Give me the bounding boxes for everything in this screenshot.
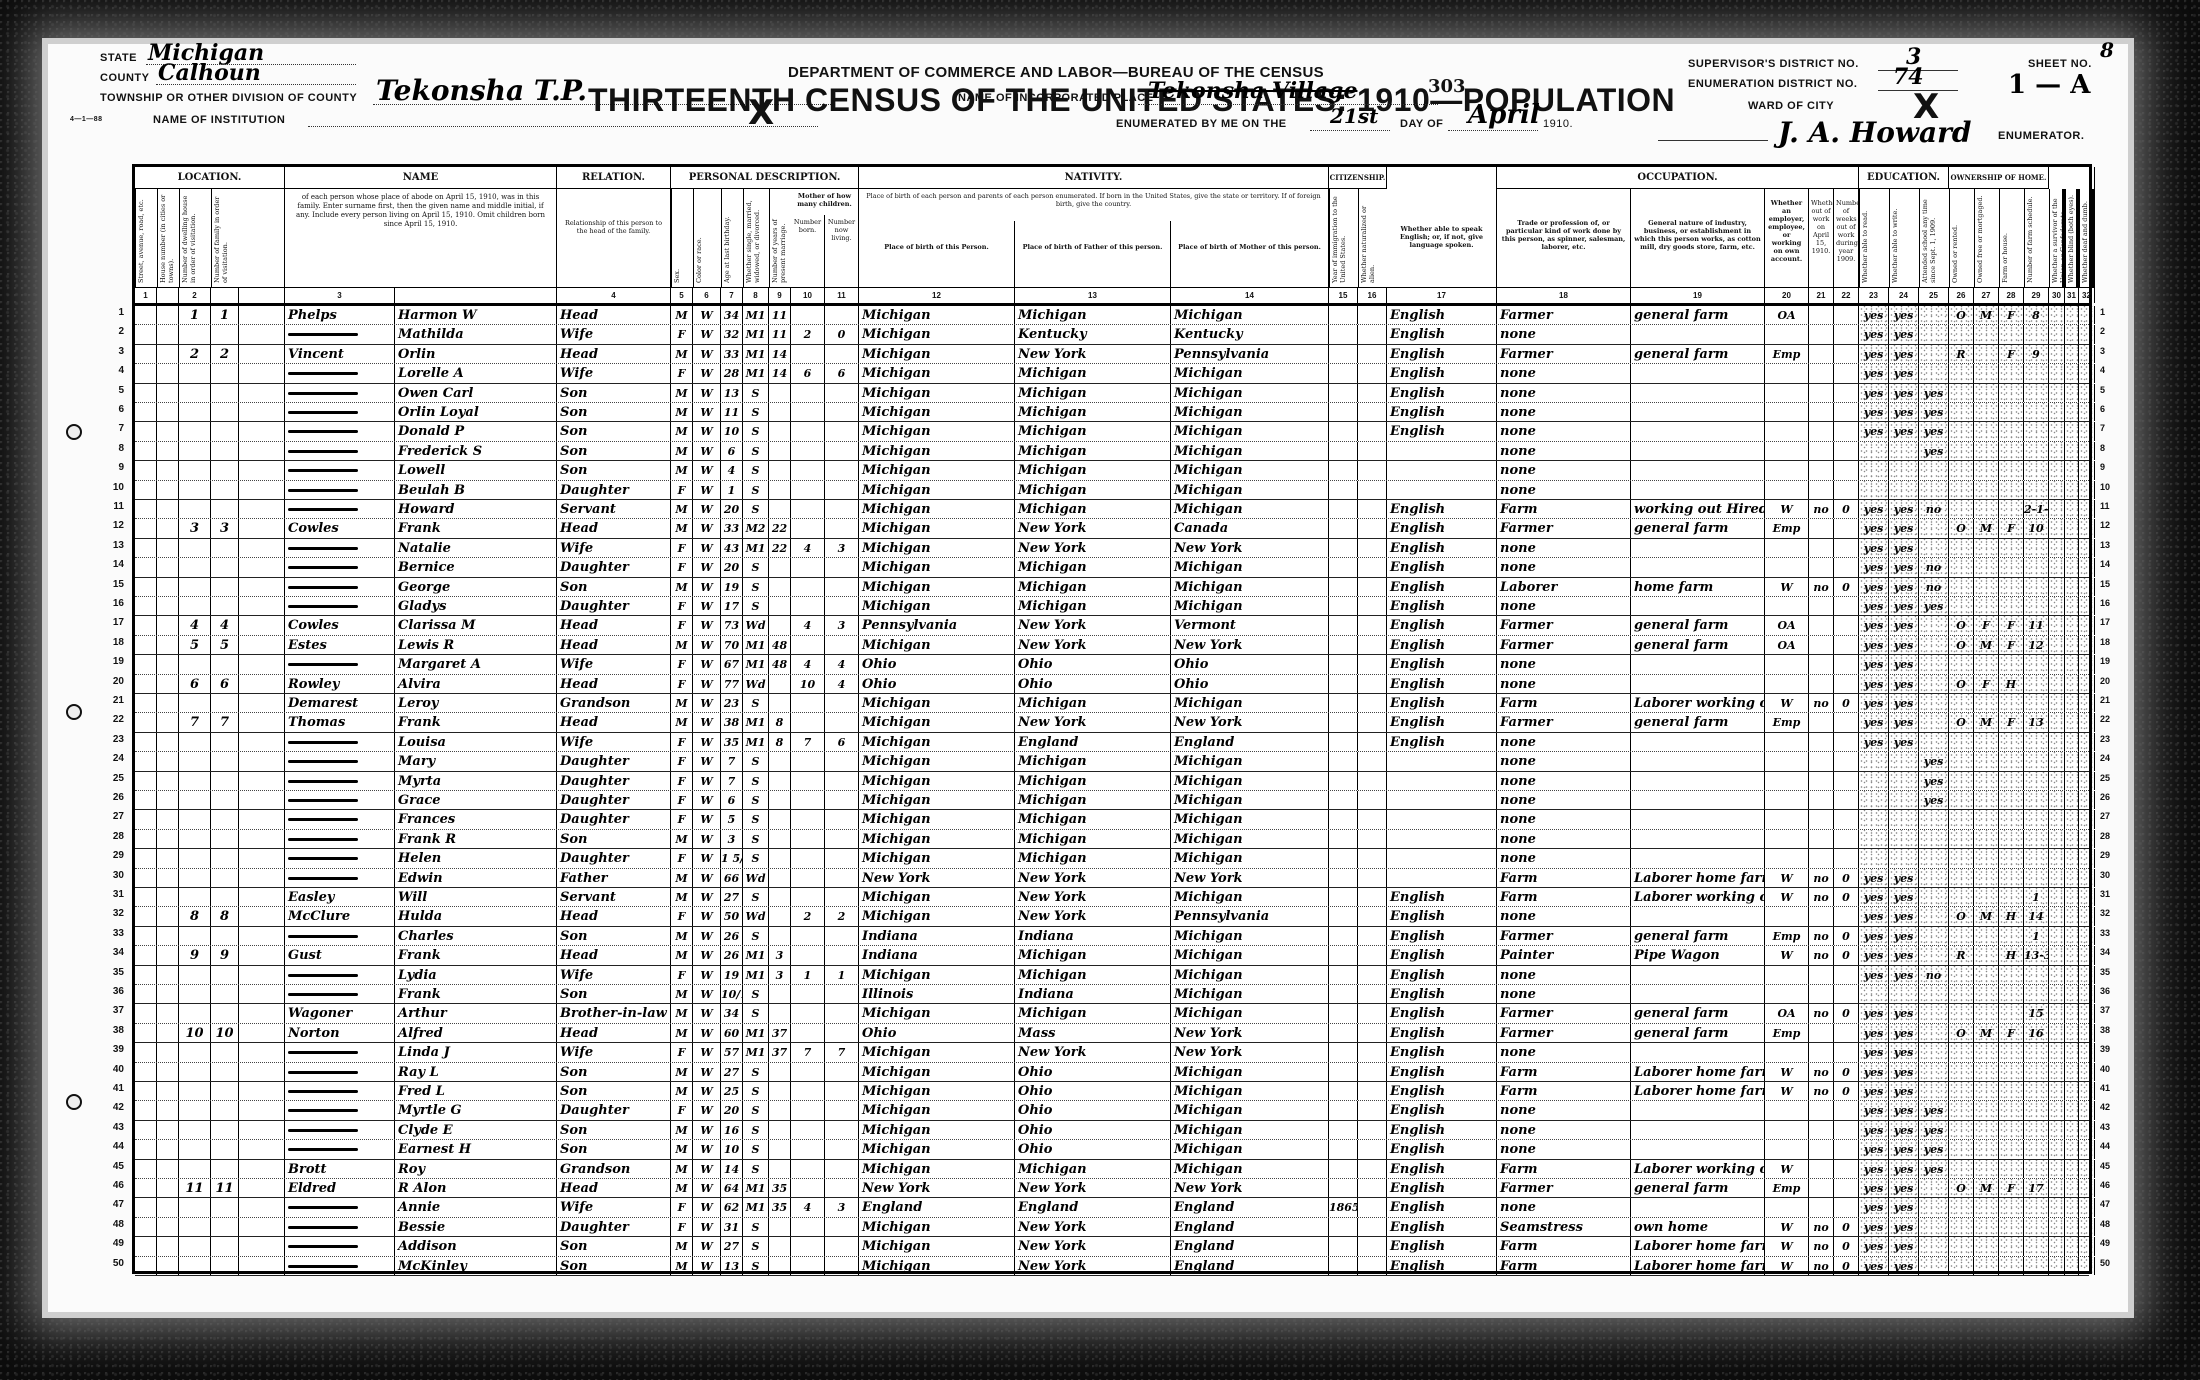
cell-age: 66 — [721, 869, 743, 887]
cell-fam: 9 — [211, 946, 239, 964]
value-emp: W — [1780, 949, 1792, 962]
cell-lang: English — [1387, 306, 1497, 324]
cell-mbp: Michigan — [1171, 578, 1329, 596]
cell-empty — [2049, 1140, 2065, 1158]
cell-own — [1949, 927, 1974, 945]
ditto-dash — [288, 430, 358, 433]
cell-own — [1949, 461, 1974, 479]
cell-mort — [1974, 888, 1999, 906]
value-mbp: Michigan — [1174, 968, 1243, 983]
value-given: Frederick S — [398, 444, 482, 459]
cell-empty — [157, 810, 179, 828]
cell-empty — [157, 1063, 179, 1081]
cell-bp: Michigan — [859, 422, 1015, 440]
value-trade: none — [1500, 405, 1536, 420]
cell-mbp: Michigan — [1171, 461, 1329, 479]
value-sex: F — [678, 794, 686, 807]
cell-surname — [285, 481, 395, 499]
line-number: 20 — [2100, 676, 2110, 686]
cell-mbp: Michigan — [1171, 481, 1329, 499]
sheet-no-value: 1 — A — [2008, 70, 2090, 100]
cell-write: yes — [1889, 384, 1919, 402]
cell-rel: Father — [557, 869, 671, 887]
cell-empty — [239, 1101, 285, 1119]
ditto-dash — [288, 877, 358, 880]
cell-mbp: Michigan — [1171, 500, 1329, 518]
cell-ow — [1809, 1140, 1834, 1158]
value-living: 3 — [838, 1201, 846, 1214]
value-wk: 0 — [1842, 1221, 1850, 1234]
cell-own — [1949, 1063, 1974, 1081]
cell-mbp: Pennsylvania — [1171, 907, 1329, 925]
cell-lang: English — [1387, 578, 1497, 596]
value-given: Arthur — [398, 1006, 447, 1021]
cell-empty — [135, 1063, 157, 1081]
cell-empty — [1358, 752, 1387, 770]
cell-imm — [1329, 616, 1358, 634]
cell-lang: English — [1387, 616, 1497, 634]
cell-ym: 11 — [769, 306, 791, 324]
table-row: BrottRoyGrandsonMW14SMichiganMichiganMic… — [135, 1160, 2089, 1179]
cell-empty — [2065, 1101, 2079, 1119]
cell-empty — [2079, 558, 2095, 576]
cell-empty — [2065, 481, 2079, 499]
cell-sch: yes — [1919, 752, 1949, 770]
cell-dw — [179, 384, 211, 402]
cell-age: 11 — [721, 403, 743, 421]
cell-ow: no — [1809, 888, 1834, 906]
value-living: 4 — [838, 678, 846, 691]
cell-write: yes — [1889, 1160, 1919, 1178]
cell-empty — [2049, 1237, 2065, 1255]
cell-own — [1949, 752, 1974, 770]
cell-race: W — [693, 345, 721, 363]
cell-surname: Estes — [285, 636, 395, 654]
value-trade: Farm — [1500, 1239, 1538, 1254]
cell-bp: Michigan — [859, 1004, 1015, 1022]
line-number: 43 — [2100, 1122, 2110, 1132]
cell-mbp: New York — [1171, 636, 1329, 654]
cell-bp: Michigan — [859, 1121, 1015, 1139]
cell-born — [791, 888, 825, 906]
cell-ind — [1631, 655, 1765, 673]
cell-ff — [1999, 1218, 2024, 1236]
cell-rel: Servant — [557, 888, 671, 906]
cell-fam: 3 — [211, 519, 239, 537]
cell-sched: 11 — [2024, 616, 2049, 634]
line-number: 45 — [2100, 1161, 2110, 1171]
line-number: 39 — [2100, 1044, 2110, 1054]
cell-rel: Head — [557, 306, 671, 324]
cell-ym — [769, 927, 791, 945]
cell-wk: 0 — [1834, 1237, 1859, 1255]
cell-rel: Brother-in-law — [557, 1004, 671, 1022]
cell-empty — [2049, 1121, 2065, 1139]
cell-ff — [1999, 1063, 2024, 1081]
cell-trade: Painter — [1497, 946, 1631, 964]
cell-given: McKinley — [395, 1257, 557, 1275]
value-age: 34 — [724, 309, 739, 322]
cell-given: Orlin Loyal — [395, 403, 557, 421]
cell-living — [825, 1024, 859, 1042]
line-number: 26 — [2100, 792, 2110, 802]
line-number: 42 — [106, 1102, 124, 1113]
cell-age: 33 — [721, 519, 743, 537]
cell-empty — [2049, 946, 2065, 964]
cell-given: Howard — [395, 500, 557, 518]
cell-lang: English — [1387, 675, 1497, 693]
cell-age: 17 — [721, 597, 743, 615]
cell-given: Edwin — [395, 869, 557, 887]
cell-empty — [1358, 733, 1387, 751]
cell-empty — [135, 558, 157, 576]
value-age: 16 — [724, 1124, 739, 1137]
cell-ms: Wd — [743, 616, 769, 634]
cell-own — [1949, 869, 1974, 887]
cell-ym — [769, 1121, 791, 1139]
cell-ms: M1 — [743, 345, 769, 363]
cell-bp: Michigan — [859, 403, 1015, 421]
cell-ym — [769, 869, 791, 887]
cell-read: yes — [1859, 733, 1889, 751]
cell-lang: English — [1387, 655, 1497, 673]
value-fbp: Ohio — [1018, 1065, 1052, 1080]
cell-ym — [769, 403, 791, 421]
cell-bp: Michigan — [859, 306, 1015, 324]
value-ow: no — [1813, 872, 1828, 885]
cell-fbp: Michigan — [1015, 306, 1171, 324]
line-number: 35 — [2100, 967, 2110, 977]
cell-race: W — [693, 636, 721, 654]
cell-surname: Rowley — [285, 675, 395, 693]
value-age: 66 — [724, 872, 739, 885]
cell-ind — [1631, 830, 1765, 848]
value-lang: English — [1390, 909, 1445, 924]
cell-bp: Ohio — [859, 675, 1015, 693]
ditto-dash — [288, 586, 358, 589]
cell-read: yes — [1859, 539, 1889, 557]
cell-mort: F — [1974, 675, 1999, 693]
value-ym: 8 — [776, 736, 784, 749]
value-given: Hulda — [398, 909, 442, 924]
cell-empty — [135, 1198, 157, 1216]
cell-sched — [2024, 558, 2049, 576]
cell-born — [791, 558, 825, 576]
value-sex: M — [675, 464, 687, 477]
cell-empty — [135, 830, 157, 848]
value-race: W — [700, 1027, 712, 1040]
cell-imm — [1329, 966, 1358, 984]
cell-write: yes — [1889, 966, 1919, 984]
cell-fam: 11 — [211, 1179, 239, 1197]
sheet-corner-number: 8 — [2100, 38, 2114, 62]
cell-empty — [1358, 1121, 1387, 1139]
value-age: 10 — [724, 425, 739, 438]
cell-sch: yes — [1919, 597, 1949, 615]
cell-empty — [239, 810, 285, 828]
cell-mort — [1974, 345, 1999, 363]
value-ms: M1 — [746, 658, 766, 671]
cell-sch — [1919, 364, 1949, 382]
value-fbp: Mass — [1018, 1026, 1055, 1041]
cell-lang: English — [1387, 1024, 1497, 1042]
subheader-employer: Whether an employer, employee, or workin… — [1765, 189, 1809, 287]
cell-age: 67 — [721, 655, 743, 673]
cell-ym — [769, 752, 791, 770]
cell-sex: M — [671, 636, 693, 654]
cell-born: 4 — [791, 616, 825, 634]
cell-ind — [1631, 364, 1765, 382]
cell-empty — [157, 927, 179, 945]
cell-empty — [157, 384, 179, 402]
cell-mbp: England — [1171, 733, 1329, 751]
cell-dw — [179, 481, 211, 499]
value-mbp: Michigan — [1174, 1065, 1243, 1080]
value-bp: Ohio — [862, 1026, 896, 1041]
cell-own — [1949, 1140, 1974, 1158]
cell-empty — [2065, 519, 2079, 537]
cell-empty — [2079, 869, 2095, 887]
cell-bp: Michigan — [859, 694, 1015, 712]
value-sex: M — [675, 697, 687, 710]
cell-trade: Farm — [1497, 869, 1631, 887]
cell-empty — [2049, 461, 2065, 479]
cell-emp — [1765, 481, 1809, 499]
cell-ms: S — [743, 772, 769, 790]
cell-trade: none — [1497, 907, 1631, 925]
cell-fbp: New York — [1015, 907, 1171, 925]
cell-dw: 11 — [179, 1179, 211, 1197]
value-dw: 2 — [190, 347, 199, 362]
line-number: 16 — [2100, 598, 2110, 608]
subheader-write: Whether able to write. — [1889, 189, 1919, 287]
cell-race: W — [693, 1121, 721, 1139]
cell-empty — [135, 422, 157, 440]
value-fbp: Indiana — [1018, 929, 1074, 944]
cell-emp — [1765, 461, 1809, 479]
cell-mbp: Michigan — [1171, 791, 1329, 809]
cell-ow — [1809, 325, 1834, 343]
value-mbp: Pennsylvania — [1174, 347, 1269, 362]
cell-write: yes — [1889, 578, 1919, 596]
value-emp: W — [1780, 1240, 1792, 1253]
line-number: 11 — [106, 501, 124, 512]
cell-imm — [1329, 500, 1358, 518]
cell-race: W — [693, 422, 721, 440]
cell-own: O — [1949, 675, 1974, 693]
value-trade: Seamstress — [1500, 1220, 1583, 1235]
cell-ind — [1631, 966, 1765, 984]
cell-fam — [211, 1101, 239, 1119]
incorporated-place-label: NAME OF INCORPORATED PLACE — [958, 92, 1154, 104]
cell-lang: English — [1387, 636, 1497, 654]
cell-ow: no — [1809, 927, 1834, 945]
cell-empty — [2065, 403, 2079, 421]
value-given: Myrtle G — [398, 1103, 462, 1118]
cell-imm — [1329, 1043, 1358, 1061]
cell-living — [825, 1082, 859, 1100]
value-bp: Michigan — [862, 1259, 931, 1274]
value-race: W — [700, 1066, 712, 1079]
group-relation: RELATION. — [557, 167, 671, 189]
cell-sex: M — [671, 500, 693, 518]
value-rel: Head — [560, 1026, 598, 1041]
cell-living — [825, 810, 859, 828]
value-age: 4 — [728, 464, 736, 477]
cell-empty — [239, 694, 285, 712]
cell-mort — [1974, 558, 1999, 576]
cell-mort — [1974, 830, 1999, 848]
cell-empty — [135, 888, 157, 906]
value-mbp: England — [1174, 735, 1234, 750]
line-number: 21 — [2100, 695, 2110, 705]
cell-sch: yes — [1919, 1101, 1949, 1119]
cell-dw — [179, 927, 211, 945]
value-bp: Michigan — [862, 851, 931, 866]
cell-ff — [1999, 1101, 2024, 1119]
value-lang: English — [1390, 1045, 1445, 1060]
cell-dw — [179, 1043, 211, 1061]
cell-ind — [1631, 849, 1765, 867]
value-ind: Laborer working out — [1634, 696, 1765, 711]
value-bp: Pennsylvania — [862, 618, 957, 633]
value-surname: Estes — [288, 638, 327, 653]
table-row: Beulah BDaughterFW1SMichiganMichiganMich… — [135, 481, 2089, 500]
cell-surname — [285, 422, 395, 440]
cell-born — [791, 345, 825, 363]
cell-empty — [157, 1257, 179, 1275]
cell-ym — [769, 481, 791, 499]
value-fbp: Ohio — [1018, 677, 1052, 692]
value-lang: English — [1390, 696, 1445, 711]
cell-empty — [2049, 500, 2065, 518]
cell-ow — [1809, 481, 1834, 499]
cell-dw: 4 — [179, 616, 211, 634]
cell-ff — [1999, 481, 2024, 499]
cell-own — [1949, 655, 1974, 673]
value-given: Roy — [398, 1162, 425, 1177]
cell-empty — [239, 985, 285, 1003]
cell-bp: Indiana — [859, 927, 1015, 945]
cell-living — [825, 422, 859, 440]
cell-mort — [1974, 403, 1999, 421]
cell-living — [825, 1237, 859, 1255]
column-number — [395, 287, 557, 303]
value-wk: 0 — [1842, 1066, 1850, 1079]
cell-bp: Ohio — [859, 655, 1015, 673]
line-number: 10 — [106, 482, 124, 493]
column-number: 13 — [1015, 287, 1171, 303]
cell-mort — [1974, 539, 1999, 557]
cell-sex: M — [671, 461, 693, 479]
cell-age: 20 — [721, 500, 743, 518]
cell-given: Clyde E — [395, 1121, 557, 1139]
column-number: 20 — [1765, 287, 1809, 303]
subheader-trade: Trade or profession of, or particular ki… — [1497, 189, 1631, 287]
cell-empty — [157, 1101, 179, 1119]
cell-write: yes — [1889, 616, 1919, 634]
cell-ff — [1999, 966, 2024, 984]
value-surname: McClure — [288, 909, 350, 924]
value-sex: M — [675, 872, 687, 885]
value-rel: Son — [560, 929, 588, 944]
line-number: 34 — [2100, 947, 2110, 957]
subheader-race: Color or race. — [693, 189, 721, 287]
value-ow: no — [1813, 1066, 1828, 1079]
cell-trade: none — [1497, 1198, 1631, 1216]
cell-empty — [157, 1218, 179, 1236]
value-ms: M1 — [746, 309, 766, 322]
cell-bp: Indiana — [859, 946, 1015, 964]
cell-sch — [1919, 1043, 1949, 1061]
line-number: 1 — [2100, 307, 2105, 317]
cell-ms: Wd — [743, 675, 769, 693]
cell-read — [1859, 810, 1889, 828]
cell-sch — [1919, 345, 1949, 363]
cell-rel: Head — [557, 1179, 671, 1197]
ditto-dash — [288, 450, 358, 453]
value-rel: Son — [560, 832, 588, 847]
cell-born — [791, 519, 825, 537]
cell-empty — [2065, 927, 2079, 945]
cell-empty — [157, 1043, 179, 1061]
table-row: HowardServantMW20SMichiganMichiganMichig… — [135, 500, 2089, 519]
cell-ms: S — [743, 1257, 769, 1275]
cell-dw — [179, 791, 211, 809]
cell-ff — [1999, 558, 2024, 576]
cell-empty — [239, 500, 285, 518]
value-mbp: Michigan — [1174, 851, 1243, 866]
cell-race: W — [693, 500, 721, 518]
line-number: 17 — [106, 617, 124, 628]
cell-age: 23 — [721, 694, 743, 712]
table-row: 44CowlesClarissa MHeadFW73Wd43Pennsylvan… — [135, 616, 2089, 635]
cell-ff — [1999, 597, 2024, 615]
cell-empty — [239, 325, 285, 343]
value-fbp: Ohio — [1018, 1084, 1052, 1099]
cell-living — [825, 869, 859, 887]
cell-ind — [1631, 403, 1765, 421]
cell-fam — [211, 985, 239, 1003]
cell-ms: M1 — [743, 1043, 769, 1061]
value-mbp: Michigan — [1174, 1123, 1243, 1138]
cell-read: yes — [1859, 1063, 1889, 1081]
cell-write: yes — [1889, 500, 1919, 518]
cell-ow — [1809, 616, 1834, 634]
value-sex: F — [678, 367, 686, 380]
value-fbp: Michigan — [1018, 463, 1087, 478]
subheader-sex: Sex. — [671, 189, 693, 287]
ditto-dash — [288, 1245, 358, 1248]
cell-sch — [1919, 849, 1949, 867]
cell-empty — [2049, 636, 2065, 654]
value-lang: English — [1390, 1200, 1445, 1215]
value-rel: Son — [560, 424, 588, 439]
cell-empty — [2065, 675, 2079, 693]
cell-fbp: Michigan — [1015, 966, 1171, 984]
cell-surname — [285, 985, 395, 1003]
cell-dw — [179, 694, 211, 712]
cell-ow: no — [1809, 1004, 1834, 1022]
cell-race: W — [693, 869, 721, 887]
table-row: WagonerArthurBrother-in-lawMW34SMichigan… — [135, 1004, 2089, 1023]
cell-imm — [1329, 713, 1358, 731]
value-rel: Head — [560, 618, 598, 633]
cell-ow: no — [1809, 578, 1834, 596]
cell-fam — [211, 733, 239, 751]
cell-own — [1949, 1121, 1974, 1139]
cell-sched — [2024, 384, 2049, 402]
